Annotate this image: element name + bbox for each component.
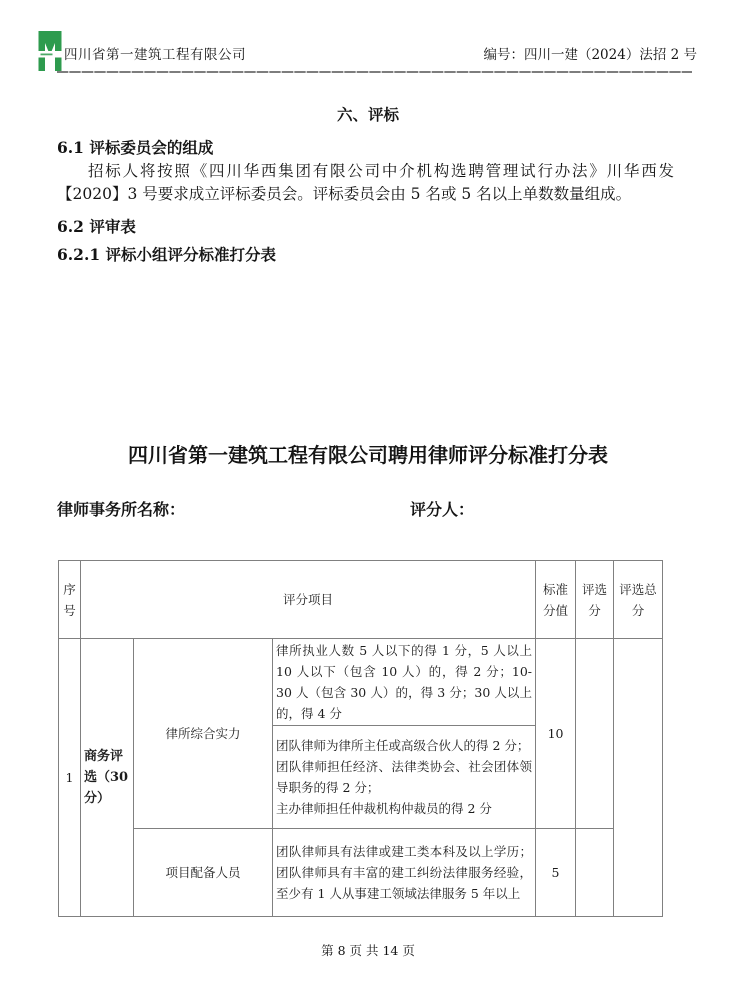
header-divider <box>57 71 692 73</box>
scorer-label: 评分人： <box>410 497 474 520</box>
standard-value-cell: 10 <box>536 639 576 829</box>
table-row: 项目配备人员 团队律师具有法律或建工类本科及以上学历；团队律师具有丰富的建工纠纷… <box>59 829 663 917</box>
score-input-cell <box>576 639 614 829</box>
chapter-title: 六、评标 <box>0 103 736 125</box>
heading-6-2-1: 6.2.1 评标小组评分标准打分表 <box>57 243 276 265</box>
logo-monogram <box>38 31 62 71</box>
col-header-total: 评选总分 <box>614 561 663 639</box>
category-cell: 商务评选（30分） <box>81 639 134 917</box>
criterion-detail-cell: 团队律师具有法律或建工类本科及以上学历；团队律师具有丰富的建工纠纷法律服务经验，… <box>273 829 536 917</box>
col-header-score: 评选分 <box>576 561 614 639</box>
heading-6-1: 6.1 评标委员会的组成 <box>57 136 213 158</box>
heading-6-2: 6.2 评审表 <box>57 215 136 237</box>
col-header-item: 评分项目 <box>81 561 536 639</box>
criterion-detail-cell: 律所执业人数 5 人以下的得 1 分，5 人以上 10 人以下（包含 10 人）… <box>273 639 536 726</box>
header-doc-number: 编号：四川一建（2024）法招 2 号 <box>483 43 697 63</box>
score-sheet-title: 四川省第一建筑工程有限公司聘用律师评分标准打分表 <box>0 439 736 468</box>
company-logo-icon <box>38 31 62 71</box>
table-header-row: 序号 评分项目 标准分值 评选分 评选总分 <box>59 561 663 639</box>
standard-value-cell: 5 <box>536 829 576 917</box>
table-row: 1 商务评选（30分） 律所综合实力 律所执业人数 5 人以下的得 1 分，5 … <box>59 639 663 726</box>
score-table: 序号 评分项目 标准分值 评选分 评选总分 1 商务评选（30分） 律所综合实力… <box>58 560 663 917</box>
seq-cell: 1 <box>59 639 81 917</box>
firm-name-label: 律师事务所名称： <box>57 500 185 519</box>
total-score-cell <box>614 639 663 917</box>
criterion-detail-cell: 团队律师为律所主任或高级合伙人的得 2 分； 团队律师担任经济、法律类协会、社会… <box>273 726 536 829</box>
page-number: 第 8 页 共 14 页 <box>0 941 736 959</box>
names-line: 律师事务所名称： 评分人： <box>57 497 697 517</box>
col-header-standard: 标准分值 <box>536 561 576 639</box>
header-company-name: 四川省第一建筑工程有限公司 <box>64 43 246 63</box>
criterion-name-cell: 项目配备人员 <box>134 829 273 917</box>
col-header-seq: 序号 <box>59 561 81 639</box>
paragraph-6-1: 招标人将按照《四川华西集团有限公司中介机构选聘管理试行办法》川华西发【2020】… <box>57 160 674 206</box>
criterion-name-cell: 律所综合实力 <box>134 639 273 829</box>
document-page: 四川省第一建筑工程有限公司 编号：四川一建（2024）法招 2 号 六、评标 6… <box>0 0 736 989</box>
score-input-cell <box>576 829 614 917</box>
